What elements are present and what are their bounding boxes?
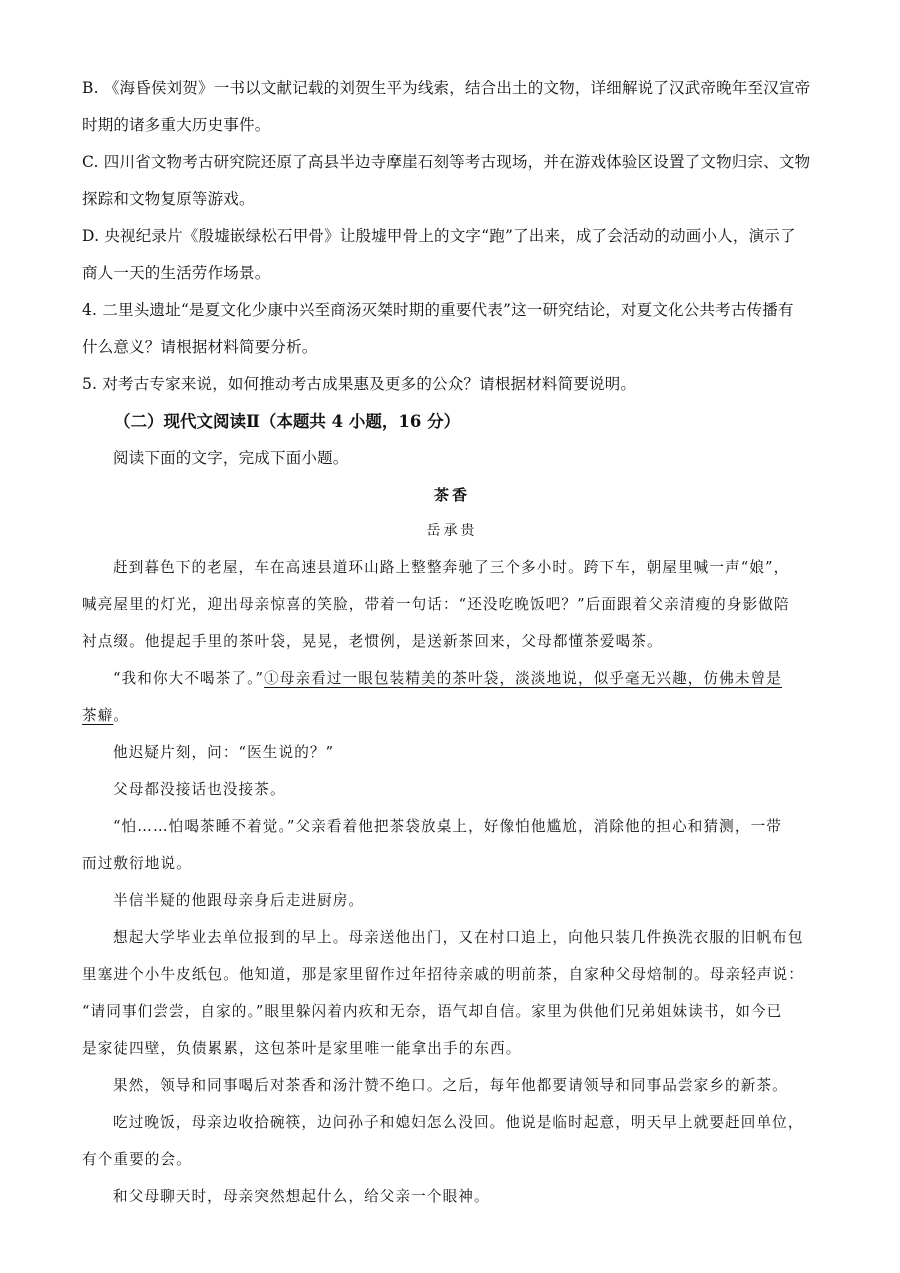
paragraph-1: 赶到暮色下的老屋，车在高速县道环山路上整整奔驰了三个多小时。跨下车，朝屋里喊一声… [82,549,822,660]
text-line: “怕……怕喝茶睡不着觉。”父亲看着他把茶袋放桌上，好像怕他尴尬，消除他的担心和猜… [82,808,822,845]
period: 。 [113,707,129,724]
text-line: 什么意义？请根据材料简要分析。 [82,329,822,366]
option-b: B. 《海昏侯刘贺》一书以文献记载的刘贺生平为线索，结合出土的文物，详细解说了汉… [82,70,822,144]
paragraph-6: 半信半疑的他跟母亲身后走进厨房。 [82,882,822,919]
text-line: 时期的诸多重大历史事件。 [82,107,822,144]
text-line: 里塞进个小牛皮纸包。他知道，那是家里留作过年招待亲戚的明前茶，自家种父母焙制的。… [82,956,822,993]
document-page: B. 《海昏侯刘贺》一书以文献记载的刘贺生平为线索，结合出土的文物，详细解说了汉… [82,70,822,1215]
section-heading: （二）现代文阅读Ⅱ（本题共 4 小题，16 分） [82,403,822,440]
option-d: D. 央视纪录片《殷墟嵌绿松石甲骨》让殷墟甲骨上的文字“跑”了出来，成了会活动的… [82,218,822,292]
question-5: 5. 对考古专家来说，如何推动考古成果惠及更多的公众？请根据材料简要说明。 [82,366,822,403]
text-line: 茶癖。 [82,697,822,734]
text-line: 4. 二里头遗址“是夏文化少康中兴至商汤灭桀时期的重要代表”这一研究结论，对夏文… [82,292,822,329]
paragraph-5: “怕……怕喝茶睡不着觉。”父亲看着他把茶袋放桌上，好像怕他尴尬，消除他的担心和猜… [82,808,822,882]
paragraph-2: “我和你大不喝茶了。”①母亲看过一眼包装精美的茶叶袋，淡淡地说，似乎毫无兴趣，仿… [82,660,822,734]
section-instruction: 阅读下面的文字，完成下面小题。 [82,440,822,477]
option-c: C. 四川省文物考古研究院还原了高县半边寺摩崖石刻等考古现场，并在游戏体验区设置… [82,144,822,218]
text-line: 吃过晚饭，母亲边收拾碗筷，边问孙子和媳妇怎么没回。他说是临时起意，明天早上就要赶… [82,1104,822,1141]
text-line: B. 《海昏侯刘贺》一书以文献记载的刘贺生平为线索，结合出土的文物，详细解说了汉… [82,70,822,107]
text-line: 有个重要的会。 [82,1141,822,1178]
article-title: 茶香 [82,477,822,513]
text-line: 衬点缀。他提起手里的茶叶袋，晃晃，老惯例，是送新茶回来，父母都懂茶爱喝茶。 [82,623,822,660]
text-line: 而过敷衍地说。 [82,845,822,882]
text-line: 赶到暮色下的老屋，车在高速县道环山路上整整奔驰了三个多小时。跨下车，朝屋里喊一声… [82,549,822,586]
article-author: 岳承贵 [82,513,822,549]
paragraph-7: 想起大学毕业去单位报到的早上。母亲送他出门，又在村口追上，向他只装几件换洗衣服的… [82,919,822,1067]
underlined-sentence-1: ①母亲看过一眼包装精美的茶叶袋，淡淡地说，似乎毫无兴趣，仿佛未曾是 [264,670,782,687]
underlined-sentence-1-cont: 茶癖 [82,707,113,724]
paragraph-4: 父母都没接话也没接茶。 [82,771,822,808]
paragraph-10: 和父母聊天时，母亲突然想起什么，给父亲一个眼神。 [82,1178,822,1215]
text-line: 是家徒四壁，负债累累，这包茶叶是家里唯一能拿出手的东西。 [82,1030,822,1067]
text-line: D. 央视纪录片《殷墟嵌绿松石甲骨》让殷墟甲骨上的文字“跑”了出来，成了会活动的… [82,218,822,255]
text-line: 商人一天的生活劳作场景。 [82,255,822,292]
text-line: C. 四川省文物考古研究院还原了高县半边寺摩崖石刻等考古现场，并在游戏体验区设置… [82,144,822,181]
text-line: 喊亮屋里的灯光，迎出母亲惊喜的笑脸，带着一句话：“还没吃晚饭吧？”后面跟着父亲清… [82,586,822,623]
paragraph-3: 他迟疑片刻，问：“医生说的？” [82,734,822,771]
text-line: 5. 对考古专家来说，如何推动考古成果惠及更多的公众？请根据材料简要说明。 [82,366,822,403]
paragraph-9: 吃过晚饭，母亲边收拾碗筷，边问孙子和媳妇怎么没回。他说是临时起意，明天早上就要赶… [82,1104,822,1178]
text-line: “请同事们尝尝，自家的。”眼里躲闪着内疚和无奈，语气却自信。家里为供他们兄弟姐妹… [82,993,822,1030]
text-line: 探踪和文物复原等游戏。 [82,181,822,218]
question-4: 4. 二里头遗址“是夏文化少康中兴至商汤灭桀时期的重要代表”这一研究结论，对夏文… [82,292,822,366]
text-line: “我和你大不喝茶了。”①母亲看过一眼包装精美的茶叶袋，淡淡地说，似乎毫无兴趣，仿… [82,660,822,697]
text-line: 想起大学毕业去单位报到的早上。母亲送他出门，又在村口追上，向他只装几件换洗衣服的… [82,919,822,956]
quote-text: “我和你大不喝茶了。” [113,670,264,687]
paragraph-8: 果然，领导和同事喝后对茶香和汤汁赞不绝口。之后，每年他都要请领导和同事品尝家乡的… [82,1067,822,1104]
